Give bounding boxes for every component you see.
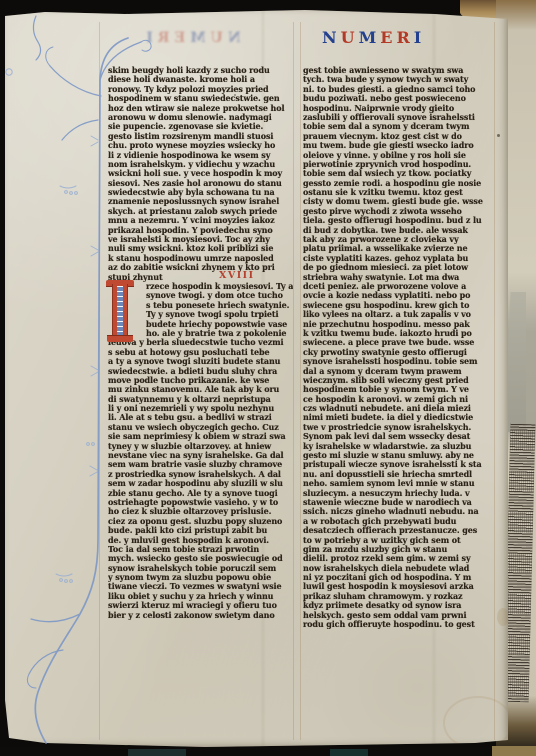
text-line: nom israhelskym. y vidiechu y wzachu (108, 160, 293, 169)
title-letter: N (322, 28, 341, 47)
text-line: swiecene. a plece prave twe bude. wsse (303, 338, 495, 347)
manuscript-page: NUMERI NUMERI skim beugdy holi kazdy z s… (5, 8, 508, 747)
text-line: wiecznym. slib soli wieczny gest pried (303, 376, 495, 385)
text-line: tobie sem dal wsiech yz tkow. pociatky (303, 169, 495, 178)
parchment-stain (497, 608, 509, 626)
text-line: platu priimal. a wsselikake zvierze ne (303, 244, 495, 253)
text-line: tiwane vieczi. To vezmes w swatyni wsie (108, 582, 293, 591)
text-line: di swatynnemu y k oltarzi nepristupa (108, 395, 293, 404)
text-line: de po giednom miesieci. za piet lotow (303, 263, 495, 272)
text-line: nevstane viec na syny israhelske. Ga dal (108, 451, 293, 460)
text-line: de. y mluvil gest hospodin k aronovi. (108, 536, 293, 545)
text-line: k vzitku twemu bude. iakozto hrudi po (303, 329, 495, 338)
text-line: li. Ale at s tebu gsu. a bedlivi w straz… (108, 413, 293, 422)
running-title: NUMERI (322, 28, 442, 48)
text-line: dielil. protoz rzekl sem gim. w zemi sy (303, 554, 495, 563)
text-line: li z vidienie hospodinowa ke wsem sy (108, 151, 293, 160)
chapter-number: XVIII (219, 271, 293, 281)
title-letter: U (341, 28, 359, 47)
text-column-left: skim beugdy holi kazdy z sucho rodudiese… (108, 66, 293, 620)
text-line: dceti peniez. ale prworozene volove a (303, 282, 495, 291)
text-line: rodu gich offieruyte hospodinu. to gest (303, 620, 495, 629)
text-line: sie pupencie. zgenovase sie kvietie. (108, 122, 293, 131)
text-line: liko vylees na oltarz. a tuk zapalis v v… (303, 310, 495, 319)
bottom-edge-patch (128, 749, 186, 756)
bottom-edge-tail (492, 746, 536, 756)
text-line: liku obiet y suchu y za hriech y winnu (108, 592, 293, 601)
text-line: ostriehagte popowstwie vasieho. y w to (108, 498, 293, 507)
manuscript-photo: NUMERI NUMERI skim beugdy holi kazdy z s… (0, 0, 536, 756)
title-letter: N (223, 30, 241, 46)
text-line: swiedecstwie aby byla schowana tu na (108, 188, 293, 197)
text-line: czs wladnuti nebudete. ani diela miezi (303, 404, 495, 413)
text-line: gesto pirve wychodi z ziwota wsseho (303, 207, 495, 216)
ruling-line (99, 22, 100, 740)
title-letter: R (153, 30, 170, 46)
text-line: neho. samiem synom levi mnie w stanu (303, 479, 495, 488)
text-line: z prostriedka synow israhelskych. A dal (108, 470, 293, 479)
text-line: chu. proto wynese moyzies wsiecky ho (108, 141, 293, 150)
text-line: bude. pakli kto cizi pristupi zabit bu (108, 526, 293, 535)
text-line: ky israhelske w wladarstwie. za sluzbu (303, 442, 495, 451)
text-line: prauem viecnym. ktoz gest cist w do (303, 132, 495, 141)
title-letter: E (170, 30, 186, 46)
text-line: oleiove y vinne. y obilne y ros holi sie (303, 151, 495, 160)
text-line: ostanu sie k vzitku twemu. ktoz gest (303, 188, 495, 197)
text-line: twe v prostriedcie synow israhelskych. (303, 423, 495, 432)
text-line: stawenie wieczne bude w narodiech va (303, 498, 495, 507)
text-line: ni. to budes giesti. a giedno samci toho (303, 85, 495, 94)
text-line: gessto zemie rodi. a hospodinu gie nosie (303, 179, 495, 188)
text-line: pristupali wiecze synove israhelssti k s… (303, 460, 495, 469)
text-line: li y oni nezemrieli y wy spolu nezhynu (108, 404, 293, 413)
text-line: desatcziech offierach przestanucze. ges (303, 526, 495, 535)
ruling-line (293, 22, 294, 740)
text-line: swiedecstwie. a bdieti budu sluhy chra (108, 367, 293, 376)
text-line: budete hriechy popowstwie vase (108, 320, 293, 329)
text-line: budu poziwati. nebo gest poswieceno (303, 94, 495, 103)
text-line: mnu a nezemru. Y vcini moyzies iakoz (108, 216, 293, 225)
text-line: nie przechutnu hospodinu. messo pak (303, 320, 495, 329)
text-line: tyney y w sluzbie oltarzovey. at hniew (108, 442, 293, 451)
text-line: helskych. gesto sem oddal vam prwni (303, 611, 495, 620)
text-line: mu twem. bude gie giesti wsecko iadro (303, 141, 495, 150)
title-letter: M (185, 30, 206, 46)
text-line: prikazal hospodin. Y poviedechu syno (108, 226, 293, 235)
text-line: skych. at priestanu zalob swych priede (108, 207, 293, 216)
text-line: synow israhelskych tobie poruczil sem (108, 564, 293, 573)
text-line: tak aby za prworozene z clovieka vy (303, 235, 495, 244)
text-line: rzece hospodin k moysiesovi. Ty a (108, 282, 293, 291)
text-line: nimi mieti budete. ia diel y diedicstwie (303, 413, 495, 422)
text-line: cisty w domu twem. giesti bude gie. wsse (303, 197, 495, 206)
table-background-bottom (0, 747, 536, 756)
text-line: wsickni holi sue. y vece hospodin k moy (108, 169, 293, 178)
text-line: Synom pak levi dal sem wssecky desat (303, 432, 495, 441)
text-line: ho. ale y bratrie twa z pokolenie (108, 329, 293, 338)
text-line: luwil gest hospodin k moysiesovi arzka (303, 582, 495, 591)
text-line: y synom twym za sluzbu popowu obie (108, 573, 293, 582)
text-line: gest tobie awniesseno w swatym swa (303, 66, 495, 75)
bottom-edge-patch (330, 749, 368, 756)
text-line: ve israhelsti k moysiesovi. Toc ay zhy (108, 235, 293, 244)
text-line: siesovi. Nes zasie hol aronowu do stanu (108, 179, 293, 188)
text-line: skim beugdy holi kazdy z sucho rodu (108, 66, 293, 75)
ruling-line (300, 22, 301, 740)
text-line: nuli smy wsickni. ktoz koli priblizi sie (108, 244, 293, 253)
illuminated-initial: I (105, 280, 135, 342)
running-title-showthrough: NUMERI (126, 29, 256, 47)
text-line: hospodinem tobie y synom twym. Y ve (303, 385, 495, 394)
text-line: synove twogi. y dom otce tucho (108, 291, 293, 300)
text-line: stanu ve wsiech obyczegich gecho. Cuz (108, 423, 293, 432)
text-line: tobie sem dal a synom y dceram twym (303, 122, 495, 131)
text-line: sem wam bratrie vasie sluzby chramove (108, 460, 293, 469)
text-line: gesto listim rozsirenym mandli stuosi (108, 132, 293, 141)
text-line: prikaz sluham chramowym. y rozkaz (303, 592, 495, 601)
text-line: ronowy. Ty kdyz polozi moyzies pried (108, 85, 293, 94)
text-line: di bud z dobytka. twe bude. ale wssak (303, 226, 495, 235)
text-line: swierzi kteruz mi wraciegi y ofieru tuo (108, 601, 293, 610)
text-line: aronowu w domu slenowie. nadymagi (108, 113, 293, 122)
text-line: hospodinem w stanu swiedecstwie. gen (108, 94, 293, 103)
text-line: now israhelskych diela nebudete wlad (303, 564, 495, 573)
text-line: tych. twa bude y synow twych w swaty (303, 75, 495, 84)
text-line: gim za mzdu sluzby gich w stanu (303, 545, 495, 554)
text-line: sem w zadar hospodinu aby sluzili w slu (108, 479, 293, 488)
text-line: kdyz priimete desatky od synow isra (303, 601, 495, 610)
title-letter: U (206, 30, 223, 46)
text-line: k stanu hospodinowu umrze naposled (108, 254, 293, 263)
text-line: cky prwotiny swatynie gesto offierugi (303, 348, 495, 357)
text-line: swiecene gsu hospodinu. krew gich to (303, 301, 495, 310)
title-letter: I (414, 28, 425, 47)
text-line: ovcie a kozie nedass vyplatiti. nebo po (303, 291, 495, 300)
text-line: pierwotinie zpryvnich vrod hospodinu. (303, 160, 495, 169)
text-line: to w potrieby a w uzitky gich sem ot (303, 536, 495, 545)
text-line: zaslubili y offierovali synove israhelss… (303, 113, 495, 122)
title-letter: M (359, 28, 381, 47)
text-line: ce hospodin k aronovi. w zemi gich ni (303, 395, 495, 404)
text-line: striebra wahy swatynie. Lot ma dwa (303, 273, 495, 282)
text-line: s sebu at hotowy gsu posluchati tebe (108, 348, 293, 357)
text-line: mu zinku stanovemu. Ale tak aby k oru (108, 385, 293, 394)
text-line: nu. ani dopusstieli sie hriecha smrtedl (303, 470, 495, 479)
text-line: Ty y synove twogi spolu trpieti (108, 310, 293, 319)
text-line: diese holi dwanaste. krome holi a (108, 75, 293, 84)
text-line: ciste vyplatiti kazes. gehoz vyplata bu (303, 254, 495, 263)
text-line: bier y z celosti zakonow swietym dano (108, 611, 293, 620)
text-line: dal a synom y dceram twym prawem (303, 367, 495, 376)
text-line: gesto mi sluzie w stanu smluwy. aby ne (303, 451, 495, 460)
title-letter: R (397, 28, 414, 47)
text-line: ni yz poczitani gich od hospodina. Y m (303, 573, 495, 582)
text-line: mych. wsiecko gesto sie poswiecugie od (108, 554, 293, 563)
text-line: zbie stanu gecho. Ale ty a synove tuogi (108, 489, 293, 498)
text-line: a ty a synove twogi sluziti budete stanu (108, 357, 293, 366)
ink-speck (497, 134, 500, 137)
title-letter: I (141, 30, 153, 46)
text-line: sie sam neprimiesy k obiem w strazi swa (108, 432, 293, 441)
text-line: ho ciez k sluzbie oltarzovey prislusie. (108, 507, 293, 516)
initial-inner-ornament (117, 286, 123, 336)
text-column-right: gest tobie awniesseno w swatym swatych. … (303, 66, 495, 629)
text-line: Toc ia dal sem tobie strazi prwotin (108, 545, 293, 554)
text-line: sluziecym. a nesuczym hriechy luda. v (303, 489, 495, 498)
text-line: ciez za oponu gest. sluzbu popy sluzeno (108, 517, 293, 526)
text-line: tiela. gesto offierugi hospodinu. bud z … (303, 216, 495, 225)
text-line: synove israhelssti hospodinu. tobie sem (303, 357, 495, 366)
text-line: move podle tucho prikazanie. ke wse (108, 376, 293, 385)
text-line: leuova y berla sluedecstwie tucho vezmi (108, 338, 293, 347)
text-line: a w robotach gich przebywati budu (303, 517, 495, 526)
initial-serif-bottom (107, 335, 133, 342)
text-line: hoz den wtiraw sie naleze prokwetse hol (108, 104, 293, 113)
text-line: s tebu ponesete hriech swatynie. (108, 301, 293, 310)
text-line: ssich. niczs gineho wladnuti nebudu. na (303, 507, 495, 516)
text-line: hospodinu. Naiprwnie vrody gieito (303, 104, 495, 113)
ink-speck (234, 94, 236, 96)
text-line: znamenie neposlussnych synow israhel (108, 197, 293, 206)
title-letter: E (380, 28, 396, 47)
